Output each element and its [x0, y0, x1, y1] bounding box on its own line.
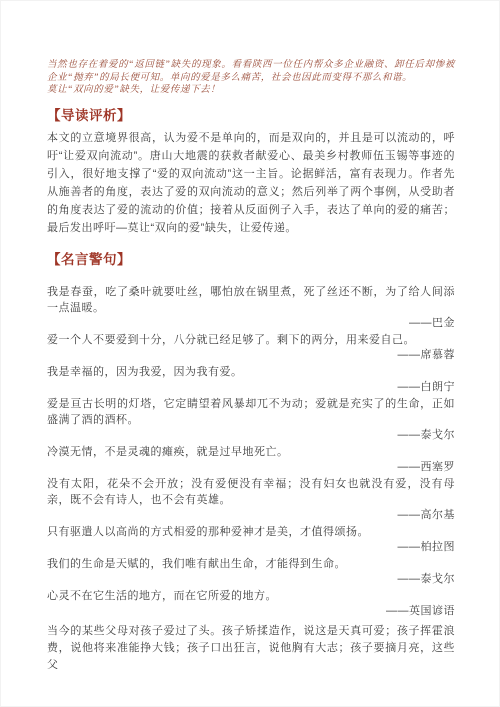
quote-author: ——泰戈尔	[47, 572, 455, 587]
quote-text: 没有太阳，花朵不会开放；没有爱便没有幸福；没有妇女也就没有爱，没有母亲，既不会有…	[47, 476, 455, 508]
intro-line-1: 当然也存在着爱的“返回链”缺失的现象。看看陕西一位任内帮众多企业融资、卸任后却惨…	[47, 59, 455, 84]
quote-text: 冷漠无情，不是灵魂的瘫痪，就是过早地死亡。	[47, 444, 455, 460]
section-title-quotes: 【名言警句】	[47, 251, 455, 269]
quote-author: ——高尔基	[47, 508, 455, 523]
quote-text: 心灵不在它生活的地方，而在它所爱的地方。	[47, 588, 455, 604]
quote-author: ——巴金	[47, 316, 455, 331]
quote-author: ——席慕蓉	[47, 348, 455, 363]
quote-text: 我们的生命是天赋的，我们唯有献出生命，才能得到生命。	[47, 556, 455, 572]
quote-item: 心灵不在它生活的地方，而在它所爱的地方。 ——英国谚语	[47, 588, 455, 619]
quote-text: 我是幸福的，因为我爱，因为我有爱。	[47, 364, 455, 380]
quote-author: ——西塞罗	[47, 460, 455, 475]
quote-author: ——白朗宁	[47, 380, 455, 395]
section-spacer	[47, 237, 455, 251]
quote-item: 爱一个人不要爱到十分，八分就已经足够了。剩下的两分，用来爱自己。 ——席慕蓉	[47, 332, 455, 363]
quote-author: ——英国谚语	[47, 604, 455, 619]
quote-text: 我是春蚕，吃了桑叶就要吐丝，哪怕放在锅里煮，死了丝还不断，为了给人间添一点温暖。	[47, 284, 455, 316]
quote-author: ——柏拉图	[47, 540, 455, 555]
intro-paragraph: 当然也存在着爱的“返回链”缺失的现象。看看陕西一位任内帮众多企业融资、卸任后却惨…	[47, 59, 455, 97]
quote-item: 爱是亘古长明的灯塔，它定睛望着风暴却兀不为动；爱就是充实了的生命，正如盛满了酒的…	[47, 396, 455, 443]
quote-item: 只有驱遣人以高尚的方式相爱的那种爱神才是美，才值得颂扬。 ——柏拉图	[47, 524, 455, 555]
quote-author: ——泰戈尔	[47, 428, 455, 443]
quote-text: 爱一个人不要爱到十分，八分就已经足够了。剩下的两分，用来爱自己。	[47, 332, 455, 348]
intro-line-2: 莫让“双向的爱”缺失，让爱传递下去！	[47, 84, 455, 97]
tail-paragraph: 当今的某些父母对孩子爱过了头。孩子矫揉造作，说这是天真可爱；孩子挥霍浪费，说他将…	[47, 623, 455, 674]
quote-item: 冷漠无情，不是灵魂的瘫痪，就是过早地死亡。 ——西塞罗	[47, 444, 455, 475]
quote-item: 我是春蚕，吃了桑叶就要吐丝，哪怕放在锅里煮，死了丝还不断，为了给人间添一点温暖。…	[47, 284, 455, 331]
quote-item: 我是幸福的，因为我爱，因为我有爱。 ——白朗宁	[47, 364, 455, 395]
document-page: 当然也存在着爱的“返回链”缺失的现象。看看陕西一位任内帮众多企业融资、卸任后却惨…	[0, 0, 500, 707]
guide-analysis-paragraph: 本文的立意境界很高，认为爱不是单向的，而是双向的，并且是可以流动的，呼吁“让爱双…	[47, 129, 455, 237]
quote-item: 没有太阳，花朵不会开放；没有爱便没有幸福；没有妇女也就没有爱，没有母亲，既不会有…	[47, 476, 455, 523]
quote-text: 爱是亘古长明的灯塔，它定睛望着风暴却兀不为动；爱就是充实了的生命，正如盛满了酒的…	[47, 396, 455, 428]
section-title-guide: 【导读评析】	[47, 107, 455, 125]
quote-text: 只有驱遣人以高尚的方式相爱的那种爱神才是美，才值得颂扬。	[47, 524, 455, 540]
quote-item: 我们的生命是天赋的，我们唯有献出生命，才能得到生命。 ——泰戈尔	[47, 556, 455, 587]
section-spacer	[47, 273, 455, 284]
